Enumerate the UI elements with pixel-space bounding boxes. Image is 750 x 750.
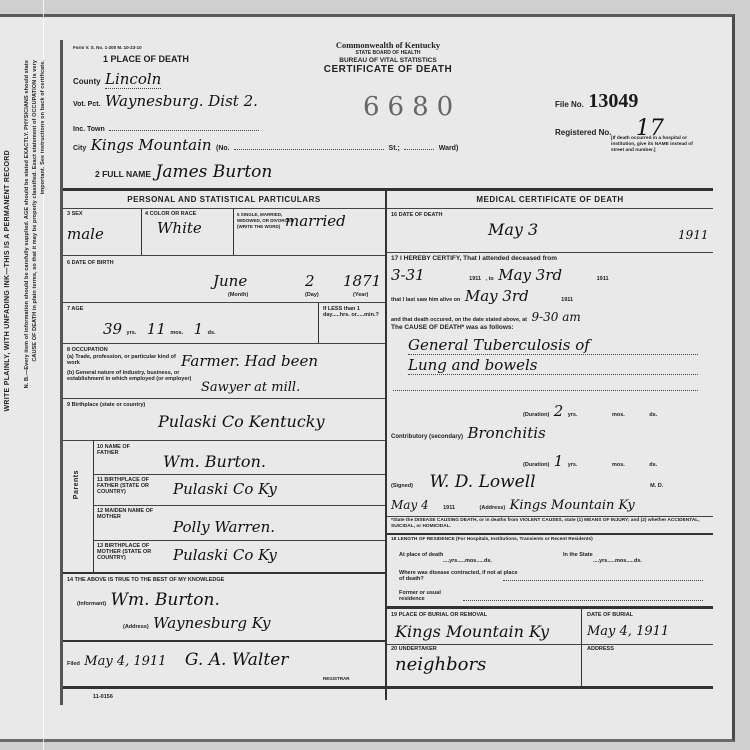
- issuer: Commonwealth of Kentucky: [303, 40, 473, 50]
- mother-birthplace-value: Pulaski Co Ky: [173, 546, 277, 564]
- physician-signature: W. D. Lowell: [429, 472, 535, 492]
- last-seen-row: that I last saw him alive on May 3rd 191…: [391, 287, 573, 306]
- voting-precinct-field: Vot. Pct. Waynesburg. Dist 2.: [73, 92, 258, 111]
- marital-value: married: [285, 212, 346, 230]
- informant-statement: 14 The above is true to the best of my k…: [67, 577, 224, 583]
- form-number: Form V. S. No. 1-200 M. 10-23-10: [73, 45, 142, 51]
- margin-note-line-3: important. See instructions on back of c…: [40, 60, 46, 194]
- full-name-value: James Burton: [156, 162, 273, 182]
- footer-code: 11-0156: [93, 694, 113, 700]
- contributory-row: Contributory (secondary) Bronchitis: [391, 424, 546, 443]
- margin-permanent-record: WRITE PLAINLY, WITH UNFADING INK—THIS IS…: [4, 150, 11, 412]
- undertaker-value: neighbors: [395, 654, 486, 675]
- parents-label: Parents: [73, 470, 80, 499]
- burial-place-label: 19 Place of Burial or Removal: [391, 612, 487, 618]
- inc-town-value: [109, 130, 259, 131]
- informant-address-value: Waynesburg Ky: [153, 614, 270, 632]
- hospital-note: [If death occurred in a hospital or inst…: [611, 136, 706, 154]
- attended-from: 3-31: [391, 266, 425, 284]
- file-no-label: File No.: [555, 100, 584, 109]
- place-of-death-label: 1 Place of Death: [103, 54, 189, 64]
- death-year-value: 1911: [678, 228, 709, 242]
- date-of-death-value: May 3: [488, 220, 538, 239]
- age-label: 7 Age: [67, 306, 83, 312]
- contributory-value: Bronchitis: [467, 424, 545, 442]
- registered-no-label: Registered No.: [555, 128, 611, 137]
- attended-dates: 3-31 1911 , to May 3rd 1911: [391, 266, 609, 285]
- registrar-signature: G. A. Walter: [185, 650, 288, 670]
- race-value: White: [145, 219, 233, 237]
- sex-field: 3 Sex male: [67, 211, 137, 255]
- filed-date: May 4, 1911: [84, 654, 166, 669]
- cause-label: The CAUSE OF DEATH* was as follows:: [391, 325, 514, 331]
- certificate-title: Certificate of Death: [303, 64, 473, 75]
- file-number: File No. 13049: [555, 90, 638, 113]
- cause-line-1: General Tuberculosis of: [408, 336, 698, 355]
- city-value: Kings Mountain: [91, 136, 212, 154]
- occupation-b-label: (b) General nature of industry, business…: [67, 370, 197, 382]
- death-certificate-form: Form V. S. No. 1-200 M. 10-23-10 1 Place…: [60, 40, 718, 705]
- cause-footnote: *State the DISEASE CAUSING DEATH, or in …: [391, 518, 709, 529]
- signed-date: May 4: [391, 498, 429, 512]
- burial-date-value: May 4, 1911: [587, 624, 669, 639]
- attended-to: May 3rd: [498, 266, 562, 284]
- dob-label: 6 Date of Birth: [67, 260, 114, 266]
- mother-name-value: Polly Warren.: [173, 518, 275, 536]
- race-field: 4 Color or Race White: [145, 211, 233, 237]
- inc-town-field: Inc. Town: [73, 118, 273, 136]
- occupation-a-label: (a) Trade, profession, or particular kin…: [67, 354, 177, 366]
- less-than-day-label: If LESS than 1 day.....hrs. or.....min.?: [323, 306, 383, 318]
- burial-place-value: Kings Mountain Ky: [395, 622, 549, 641]
- father-name-value: Wm. Burton.: [163, 452, 266, 471]
- dob-day: 2: [305, 272, 315, 290]
- voting-precinct-value: Waynesburg. Dist 2.: [105, 92, 258, 110]
- margin-note-line-2: CAUSE OF DEATH in plain terms, so that i…: [32, 60, 38, 362]
- state-board: State Board of Health: [303, 50, 473, 56]
- filed-field: Filed May 4, 1911 G. A. Walter: [67, 650, 288, 670]
- dob-year: 1871: [343, 272, 381, 290]
- primary-duration: (Duration) 2 yrs. mos. ds.: [523, 402, 657, 421]
- margin-note-line-1: N. B.—Every item of information should b…: [24, 60, 30, 388]
- death-time-value: 9-30 am: [531, 310, 580, 324]
- contributory-duration: (Duration) 1 yrs. mos. ds.: [523, 452, 657, 471]
- county-value: Lincoln: [105, 70, 161, 89]
- undertaker-address-label: Address: [587, 646, 614, 652]
- age-value: 39 yrs. 11 mos. 1 ds.: [103, 320, 216, 339]
- father-birthplace-value: Pulaski Co Ky: [173, 480, 277, 498]
- physician-signature-row: (Signed) W. D. Lowell M. D.: [391, 472, 663, 492]
- cause-line-2: Lung and bowels: [408, 356, 698, 375]
- occupation-b-value: Sawyer at mill.: [201, 380, 300, 395]
- county-field: County Lincoln: [73, 70, 273, 89]
- physician-date-address-row: May 4 1911 (Address) Kings Mountain Ky: [391, 496, 635, 514]
- contracted-label: Where was disease contracted, if not at …: [399, 570, 519, 582]
- certify-label: 17 I HEREBY CERTIFY, That I attended dec…: [391, 256, 557, 262]
- sex-value: male: [67, 225, 137, 243]
- personal-section-title: Personal and Statistical Particulars: [63, 195, 385, 204]
- last-seen-value: May 3rd: [465, 287, 529, 305]
- informant-value: Wm. Burton.: [110, 590, 219, 610]
- full-name-field: 2 Full Name James Burton: [95, 162, 545, 182]
- city-field: City Kings Mountain (No. St.; Ward): [73, 136, 543, 155]
- file-no-value: 13049: [588, 90, 638, 112]
- residence-label: 18 LENGTH OF RESIDENCE (For Hospitals, I…: [391, 537, 709, 543]
- medical-section-title: Medical Certificate of Death: [387, 195, 713, 204]
- birthplace-value: Pulaski Co Kentucky: [158, 412, 325, 431]
- pencil-number: 6680: [363, 92, 461, 122]
- occupation-a-value: Farmer. Had been: [181, 352, 318, 370]
- certificate-heading: Commonwealth of Kentucky State Board of …: [303, 40, 473, 75]
- burial-date-label: Date of Burial: [587, 612, 633, 618]
- former-residence-label: Former or usual residence: [399, 590, 459, 602]
- birthplace-label: 9 Birthplace (state or country): [67, 402, 147, 408]
- informant-address-field: (Address) Waynesburg Ky: [123, 614, 270, 633]
- occupation-label: 8 Occupation: [67, 347, 108, 353]
- physician-address: Kings Mountain Ky: [510, 498, 635, 513]
- date-of-death-label: 16 Date of Death: [391, 212, 442, 218]
- informant-field: (Informant) Wm. Burton.: [77, 590, 220, 610]
- dob-month: June: [213, 272, 247, 290]
- undertaker-label: 20 Undertaker: [391, 646, 437, 652]
